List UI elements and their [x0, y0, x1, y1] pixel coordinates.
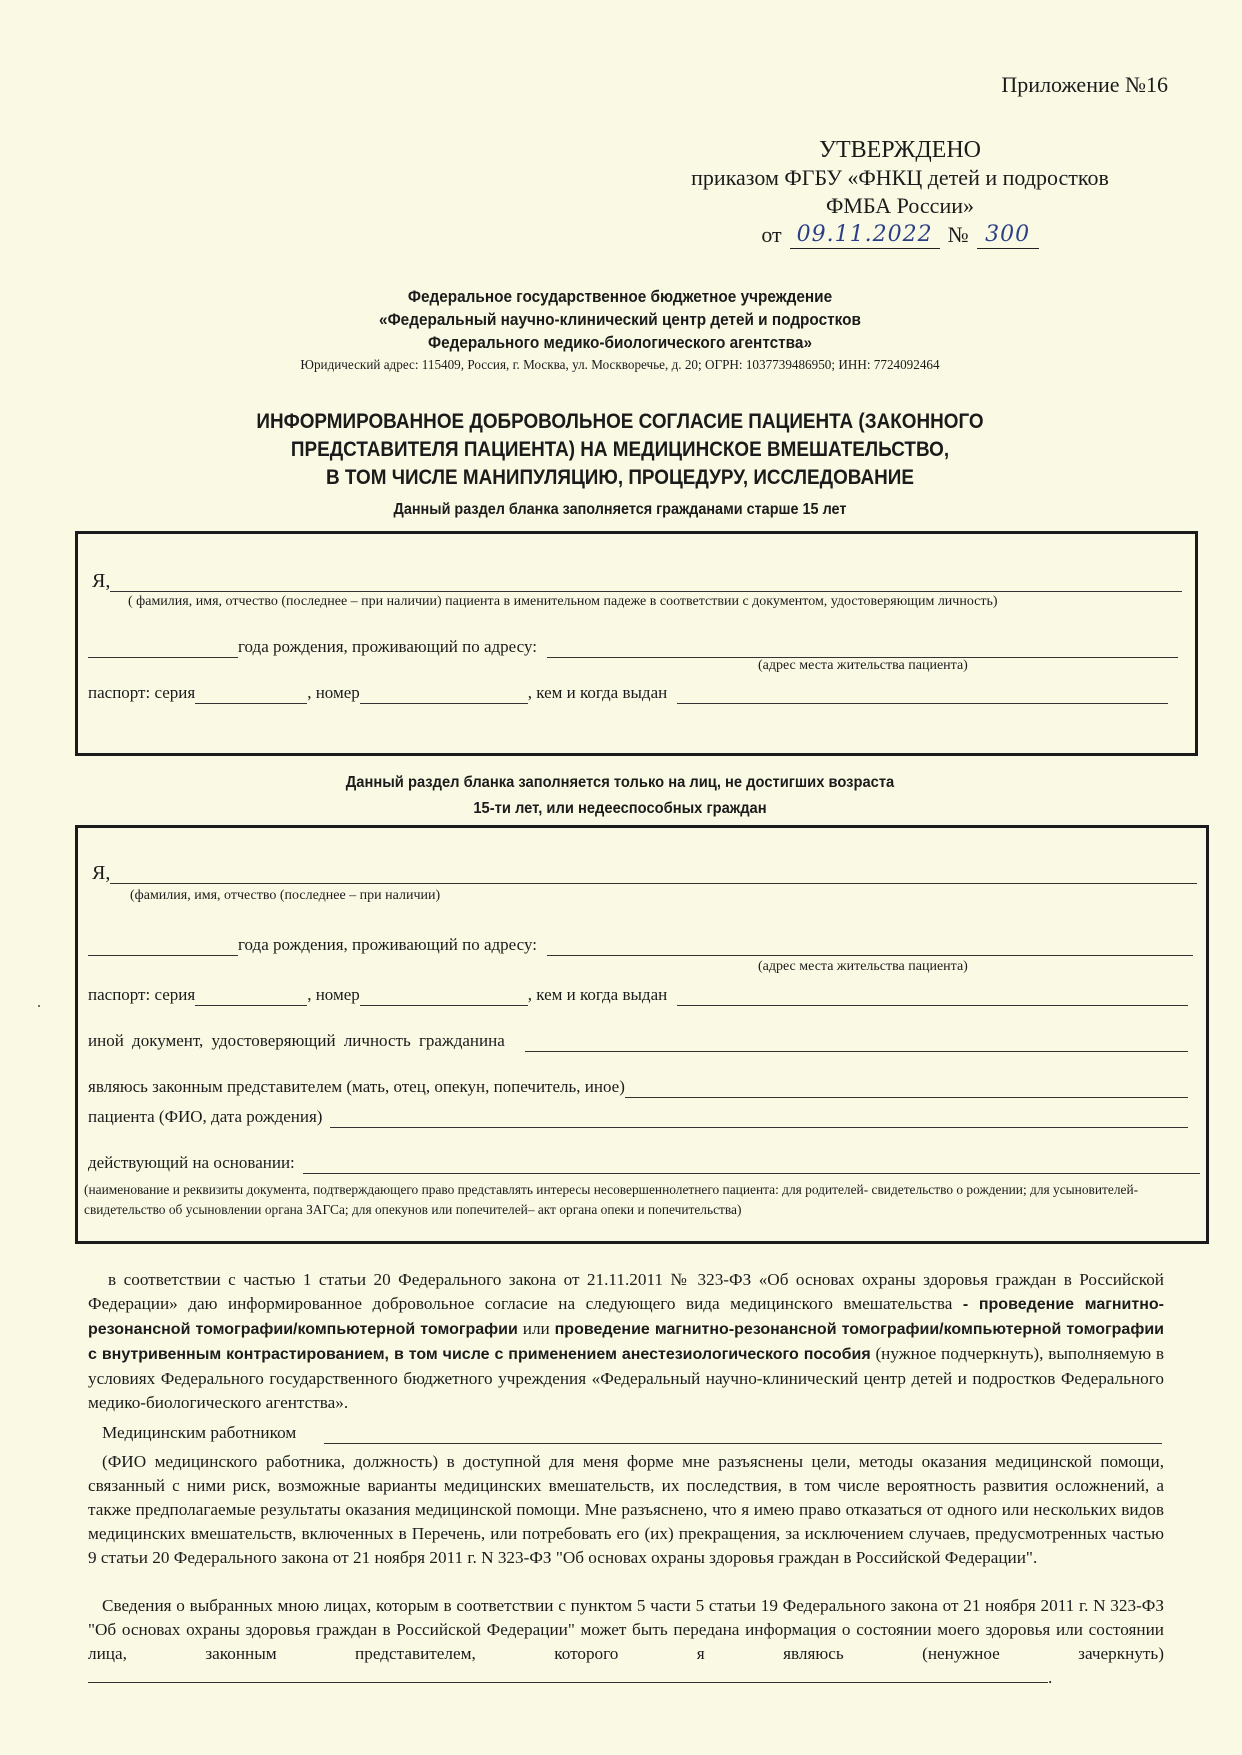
s2-birth-year-field[interactable] [88, 935, 238, 956]
s2-passport-series-field[interactable] [195, 985, 307, 1006]
order-date-value: 09.11.2022 [797, 222, 933, 247]
organization-block: Федеральное государственное бюджетное уч… [140, 286, 1100, 377]
s1-passport-number-field[interactable] [360, 683, 528, 704]
s2-patient-row: пациента (ФИО, дата рождения) [88, 1106, 1188, 1128]
s2-passport-series-label: паспорт: серия [88, 984, 195, 1006]
s2-basis-row: действующий на основании: [88, 1152, 1200, 1174]
s2-passport-number-field[interactable] [360, 985, 528, 1006]
s2-name-hint: (фамилия, имя, отчество (последнее – при… [130, 888, 440, 903]
s1-birth-address-row: года рождения, проживающий по адресу: [88, 636, 1178, 658]
approved-line-2: ФМБА России» [640, 192, 1160, 220]
org-line-3: Федерального медико-биологического агент… [174, 332, 1067, 355]
consent-p1-or: или [518, 1319, 555, 1338]
s2-legal-rep-label: являюсь законным представителем (мать, о… [88, 1076, 625, 1098]
title-line-1: ИНФОРМИРОВАННОЕ ДОБРОВОЛЬНОЕ СОГЛАСИЕ ПА… [170, 408, 1070, 436]
order-line: от 09.11.2022 № 300 [761, 220, 1038, 249]
org-line-2: «Федеральный научно-клинический центр де… [174, 309, 1067, 332]
document-title: ИНФОРМИРОВАННОЕ ДОБРОВОЛЬНОЕ СОГЛАСИЕ ПА… [120, 408, 1120, 524]
order-from-label: от [761, 221, 781, 249]
s2-patient-label: пациента (ФИО, дата рождения) [88, 1106, 322, 1128]
s2-basis-hint: (наименование и реквизиты документа, под… [84, 1180, 1196, 1220]
s2-i-label: Я, [92, 862, 110, 884]
org-address: Юридический адрес: 115409, Россия, г. Мо… [169, 355, 1071, 377]
s1-passport-issued-label: , кем и когда выдан [528, 682, 667, 704]
consent-p3-end: . [1048, 1668, 1052, 1687]
title-line-3: В ТОМ ЧИСЛЕ МАНИПУЛЯЦИЮ, ПРОЦЕДУРУ, ИССЛ… [170, 464, 1070, 492]
s2-basis-field[interactable] [303, 1153, 1200, 1174]
s1-passport-series-label: паспорт: серия [88, 682, 195, 704]
section1-box: Я, ( фамилия, имя, отчество (последнее –… [75, 531, 1198, 756]
s2-passport-issued-field[interactable] [677, 985, 1188, 1006]
s1-name-hint: ( фамилия, имя, отчество (последнее – пр… [128, 594, 1128, 609]
medical-worker-row: Медицинским работником [102, 1422, 1162, 1444]
s2-address-field[interactable] [547, 935, 1193, 956]
s2-other-doc-label: иной документ, удостоверяющий личность г… [88, 1030, 505, 1052]
s1-i-label: Я, [92, 570, 110, 592]
consent-p2-text: (ФИО медицинского работника, должность) … [88, 1452, 1164, 1567]
s2-legal-rep-field[interactable] [625, 1077, 1188, 1098]
s2-address-hint: (адрес места жительства пациента) [758, 959, 968, 974]
consent-p3-text: Сведения о выбранных мною лицах, которым… [88, 1596, 1164, 1663]
s1-name-row: Я, [92, 570, 1182, 592]
consent-paragraph-3: Сведения о выбранных мною лицах, которым… [88, 1594, 1164, 1690]
consent-paragraph-1: в соответствии с частью 1 статьи 20 Феде… [88, 1268, 1164, 1415]
org-line-1: Федеральное государственное бюджетное уч… [174, 286, 1067, 309]
order-number-value: 300 [985, 222, 1030, 247]
s2-other-doc-row: иной документ, удостоверяющий личность г… [88, 1030, 1188, 1052]
s1-passport-series-field[interactable] [195, 683, 307, 704]
scan-speck [38, 1005, 40, 1007]
s1-passport-number-label: , номер [307, 682, 360, 704]
medical-worker-field[interactable] [324, 1423, 1162, 1444]
approved-title: УТВЕРЖДЕНО [640, 136, 1160, 164]
s2-basis-label: действующий на основании: [88, 1152, 295, 1174]
title-line-2: ПРЕДСТАВИТЕЛЯ ПАЦИЕНТА) НА МЕДИЦИНСКОЕ В… [170, 436, 1070, 464]
medical-worker-label: Медицинским работником [102, 1422, 296, 1444]
order-number-label: № [948, 221, 969, 249]
s1-birth-year-field[interactable] [88, 637, 238, 658]
s2-legal-rep-row: являюсь законным представителем (мать, о… [88, 1076, 1188, 1098]
order-date-field[interactable]: 09.11.2022 [790, 220, 940, 249]
s2-name-row: Я, [92, 862, 1197, 884]
approval-block: УТВЕРЖДЕНО приказом ФГБУ «ФНКЦ детей и п… [640, 136, 1160, 249]
section2-caption-line-2: 15-ти лет, или недееспособных граждан [206, 796, 1034, 822]
info-recipients-field[interactable] [88, 1666, 1048, 1683]
section2-caption-line-1: Данный раздел бланка заполняется только … [206, 770, 1034, 796]
consent-paragraph-2: (ФИО медицинского работника, должность) … [88, 1450, 1164, 1570]
s2-passport-issued-label: , кем и когда выдан [528, 984, 667, 1006]
section1-caption: Данный раздел бланка заполняется граждан… [155, 496, 1085, 524]
s1-full-name-field[interactable] [110, 571, 1182, 592]
s1-passport-issued-field[interactable] [677, 683, 1168, 704]
s2-passport-number-label: , номер [307, 984, 360, 1006]
approved-line-1: приказом ФГБУ «ФНКЦ детей и подростков [640, 164, 1160, 192]
section2-caption: Данный раздел бланка заполняется только … [206, 770, 1034, 822]
s2-passport-row: паспорт: серия , номер , кем и когда выд… [88, 984, 1188, 1006]
s2-other-doc-field[interactable] [525, 1031, 1188, 1052]
s2-patient-field[interactable] [330, 1107, 1188, 1128]
s1-passport-row: паспорт: серия , номер , кем и когда выд… [88, 682, 1168, 704]
s2-full-name-field[interactable] [110, 863, 1197, 884]
s2-birth-address-row: года рождения, проживающий по адресу: [88, 934, 1193, 956]
s1-address-field[interactable] [547, 637, 1178, 658]
appendix-label: Приложение №16 [1001, 72, 1168, 98]
s1-address-hint: (адрес места жительства пациента) [758, 658, 968, 673]
order-number-field[interactable]: 300 [977, 220, 1039, 249]
section2-box: Я, (фамилия, имя, отчество (последнее – … [75, 825, 1209, 1244]
s1-birth-address-label: года рождения, проживающий по адресу: [238, 636, 537, 658]
s2-birth-address-label: года рождения, проживающий по адресу: [238, 934, 537, 956]
